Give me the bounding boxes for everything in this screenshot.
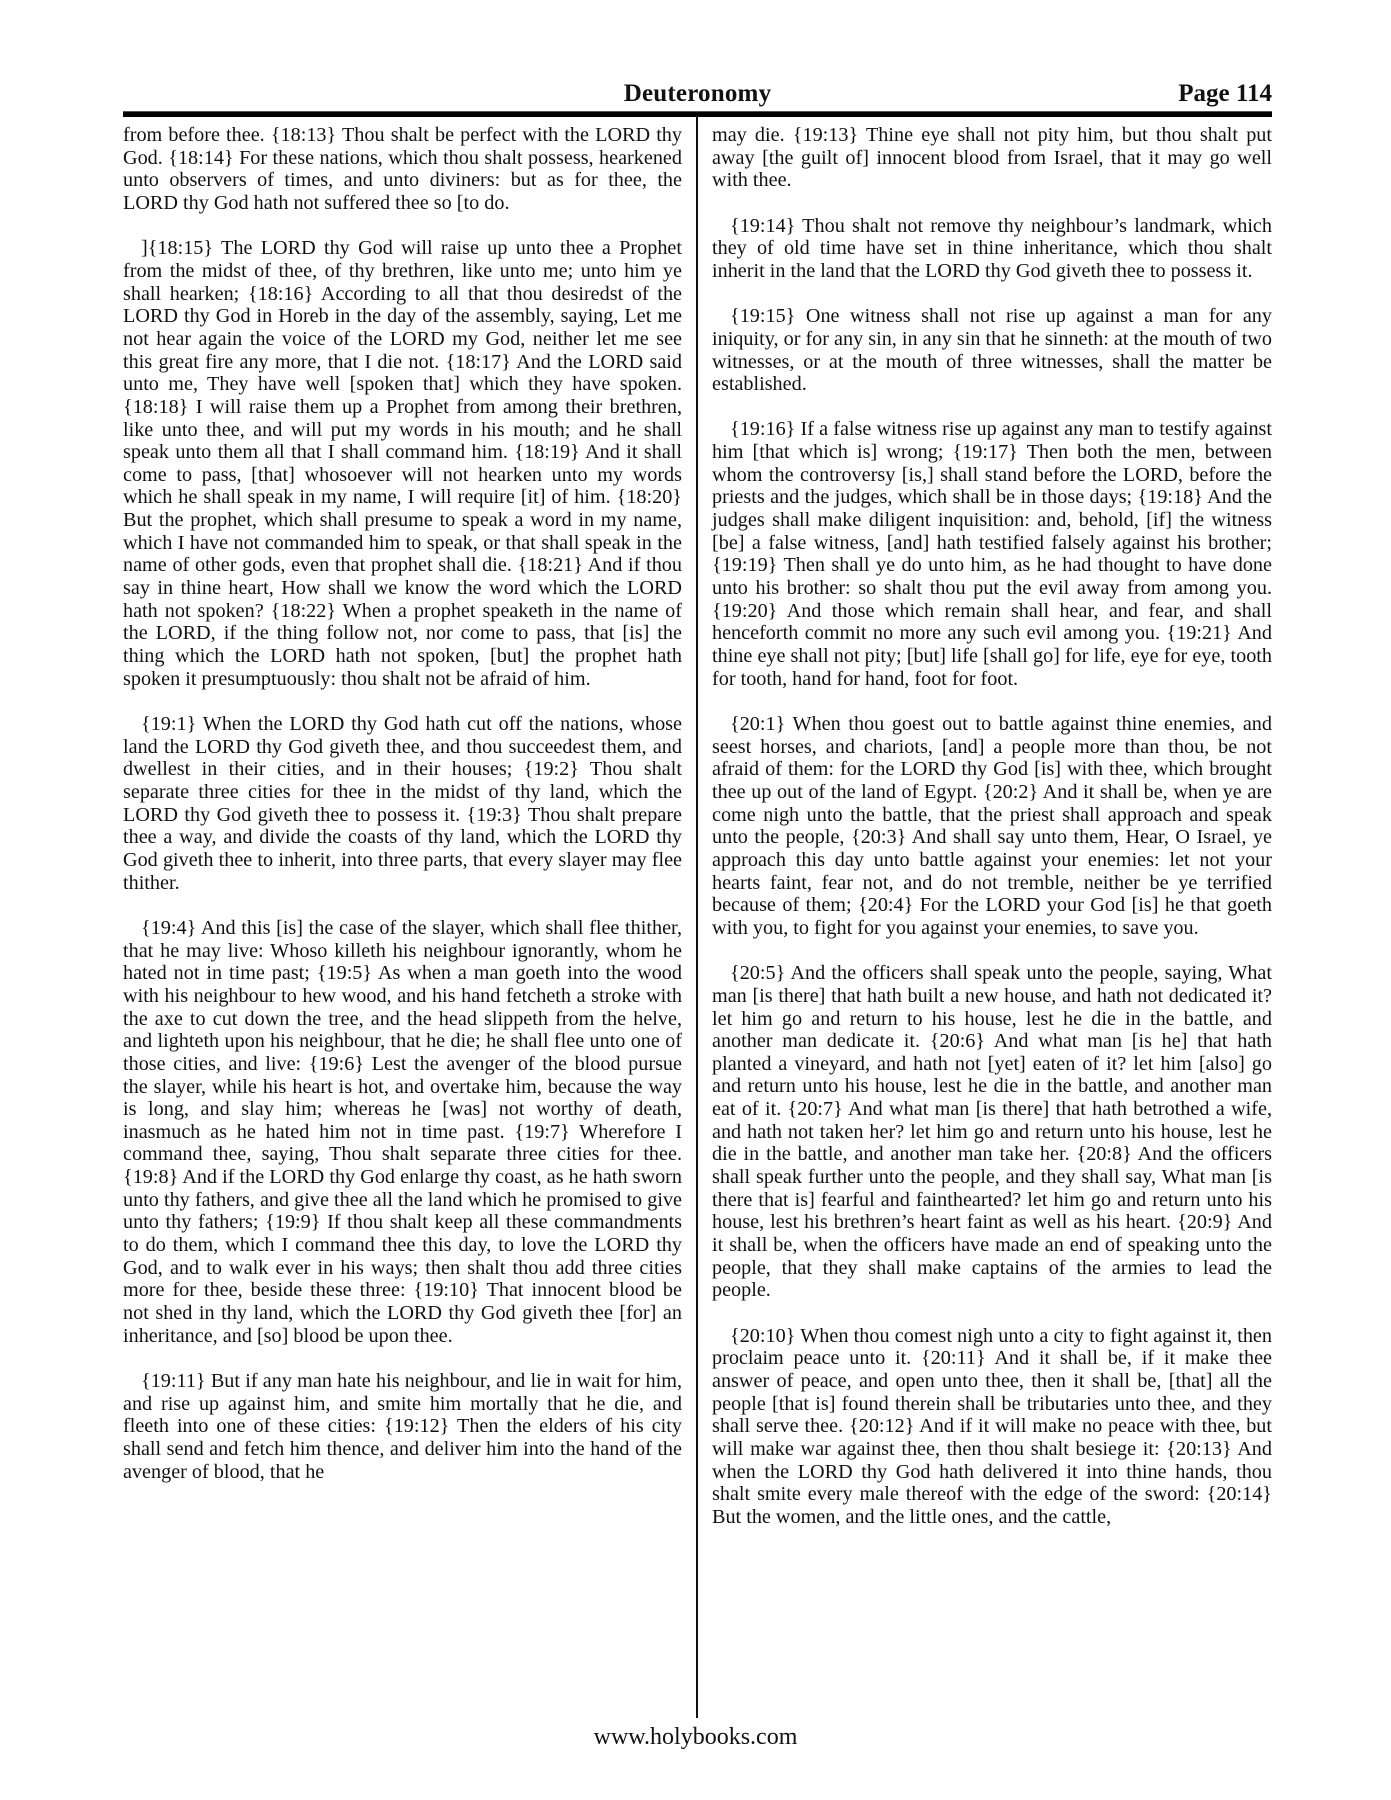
paragraph: {19:4} And this [is] the case of the sla…	[123, 917, 682, 1347]
page-number: Page 114	[1178, 76, 1272, 112]
paragraph: {20:1} When thou goest out to battle aga…	[712, 713, 1272, 940]
paragraph: may die. {19:13} Thine eye shall not pit…	[712, 124, 1272, 192]
paragraph: {19:1} When the LORD thy God hath cut of…	[123, 713, 682, 894]
footer-website: www.holybooks.com	[0, 1722, 1391, 1752]
paragraph: ]{18:15} The LORD thy God will raise up …	[123, 237, 682, 690]
column-divider	[696, 116, 698, 1718]
paragraph: {20:5} And the officers shall speak unto…	[712, 962, 1272, 1302]
book-title: Deuteronomy	[123, 76, 1272, 112]
paragraph: {20:10} When thou comest nigh unto a cit…	[712, 1325, 1272, 1529]
right-column: may die. {19:13} Thine eye shall not pit…	[712, 124, 1272, 1529]
paragraph: {19:15} One witness shall not rise up ag…	[712, 305, 1272, 396]
paragraph: {19:16} If a false witness rise up again…	[712, 418, 1272, 690]
page-header: Deuteronomy Page 114	[123, 76, 1272, 112]
left-column: from before thee. {18:13} Thou shalt be …	[123, 124, 682, 1483]
paragraph: from before thee. {18:13} Thou shalt be …	[123, 124, 682, 215]
paragraph: {19:14} Thou shalt not remove thy neighb…	[712, 215, 1272, 283]
paragraph: {19:11} But if any man hate his neighbou…	[123, 1370, 682, 1483]
